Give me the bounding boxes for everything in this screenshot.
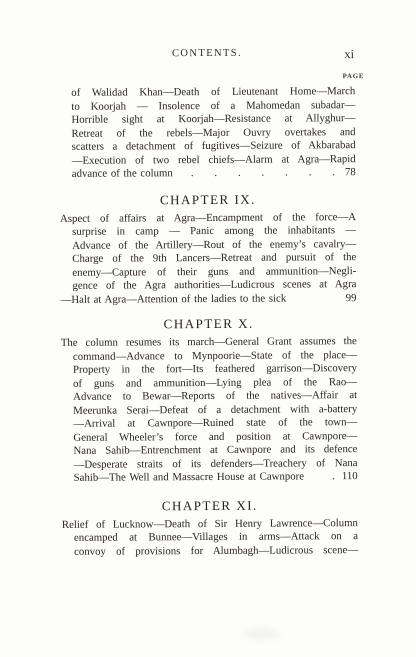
toc-line: Horrible sight at Koorjah—Resistance at …: [71, 112, 355, 127]
toc-ref-line: advance of the column . . . . . . . 78: [72, 166, 356, 181]
toc-line: Charge of the 9th Lancers—Retreat and pu…: [72, 251, 356, 266]
toc-line: gence of the Agra authorities—Ludicrous …: [72, 278, 356, 293]
page-ref-number: 110: [342, 470, 358, 482]
toc-line: —Desperate straits of its defenders—Trea…: [74, 457, 358, 472]
page-ref: .110: [332, 470, 358, 484]
toc-line: Nana Sahib—Entrenchment at Cawnpore and …: [73, 443, 357, 458]
scanned-book-page: CONTENTS. xi PAGE of Walidad Khan—Death …: [0, 0, 416, 657]
toc-line: surprise in camp — Panic among the inhab…: [72, 224, 356, 239]
page-text-block: CONTENTS. xi PAGE of Walidad Khan—Death …: [59, 47, 358, 559]
toc-line: scatters a detachment of fugitives—Seizu…: [72, 139, 356, 154]
folio-page-number: xi: [344, 47, 354, 62]
chapter-heading: CHAPTER XI.: [62, 498, 358, 514]
toc-entry-continued: of Walidad Khan—Death of Lieutenant Home…: [59, 85, 356, 181]
chapter-heading: CHAPTER IX.: [60, 192, 356, 208]
toc-line: encamped at Bunnee—Villages in arms—Atta…: [74, 530, 358, 545]
leader-dots: . . . . . . .: [191, 166, 335, 180]
running-head-title: CONTENTS.: [59, 47, 355, 60]
scan-smudge-artifact: [243, 628, 279, 640]
page-ref: 99: [346, 292, 357, 306]
page-ref: 78: [345, 166, 356, 180]
toc-line-text: —Halt at Agra—Attention of the ladies to…: [60, 292, 286, 307]
page-header: CONTENTS. xi: [59, 47, 355, 64]
toc-ref-line: Sahib—The Well and Massacre House at Caw…: [74, 470, 358, 485]
toc-line-text: advance of the column: [72, 167, 173, 181]
toc-entry-chapter-ix: Aspect of affairs at Agra—Encampment of …: [60, 211, 357, 307]
toc-line: The column resumes its march—General Gra…: [61, 335, 357, 350]
toc-line: of Walidad Khan—Death of Lieutenant Home…: [71, 85, 355, 100]
toc-line: convoy of provisions for Alumbagh—Ludicr…: [74, 544, 358, 559]
toc-line: Property in the fort—Its feathered garri…: [73, 362, 357, 377]
toc-line: —Arrival at Cawnpore—Ruined state of the…: [73, 416, 357, 431]
toc-line-text: Sahib—The Well and Massacre House at Caw…: [74, 470, 304, 485]
leader-dot: .: [332, 470, 335, 482]
page-column-label: PAGE: [59, 73, 364, 82]
chapter-heading: CHAPTER X.: [61, 316, 357, 332]
toc-line: Advance to Bewar—Reports of the natives—…: [73, 389, 357, 404]
toc-entry-chapter-x: The column resumes its march—General Gra…: [61, 335, 358, 485]
toc-entry-chapter-xi: Relief of Lucknow—Death of Sir Henry Law…: [62, 517, 358, 559]
toc-ref-line: —Halt at Agra—Attention of the ladies to…: [60, 292, 356, 307]
